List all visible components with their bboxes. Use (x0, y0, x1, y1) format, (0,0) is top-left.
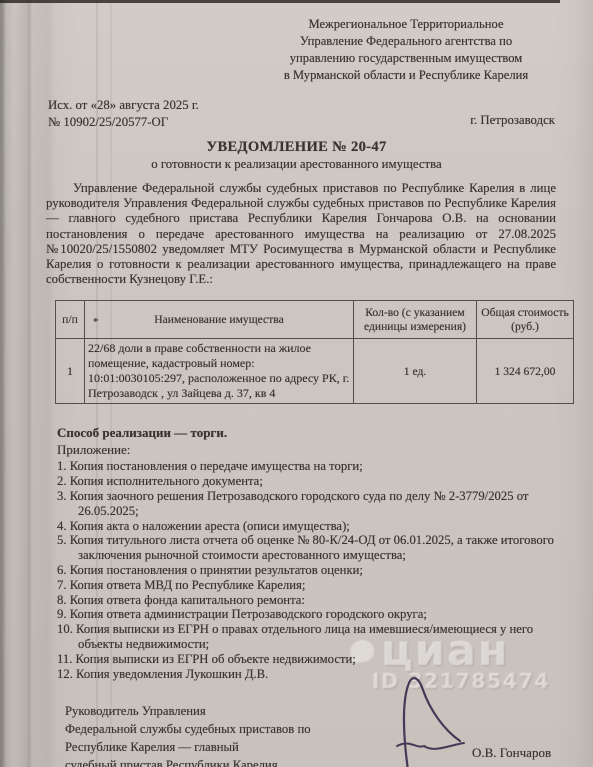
signatory-position-line: Руководитель Управления (65, 702, 311, 720)
col-header-cost: Общая стоимость (руб.) (477, 301, 574, 339)
signatory-position: Руководитель Управления Федеральной служ… (65, 702, 311, 767)
document-subtitle: о готовности к реализации арестованного … (0, 157, 593, 172)
attachment-item: 3. Копия заочного решения Петрозаводског… (57, 489, 567, 519)
table-header-row: п/п * Наименование имущества Кол-во (с у… (56, 301, 574, 339)
letterhead-line: Управление Федерального агентства по (255, 33, 557, 50)
attachment-item: 12. Копия уведомления Лукошкин Д.В. (57, 667, 567, 682)
letterhead: Межрегиональное Территориальное Управлен… (255, 16, 557, 84)
asterisk-note: * (93, 316, 99, 328)
cell-cost: 1 324 672,00 (477, 339, 574, 404)
outgoing-number: № 10902/25/20577-ОГ (48, 114, 199, 131)
signatory-position-line: судебный пристав Республики Карелия (65, 756, 311, 767)
document-title: УВЕДОМЛЕНИЕ № 20-47 (0, 139, 593, 156)
attachment-item: 10. Копия выписки из ЕГРН о правах отдел… (57, 622, 567, 652)
col-header-name: * Наименование имущества (85, 301, 354, 339)
signatory-position-line: Федеральной службы судебных приставов по (65, 720, 311, 738)
letterhead-line: управлению государственным имуществом (255, 50, 557, 67)
property-table: п/п * Наименование имущества Кол-во (с у… (55, 300, 574, 404)
attachment-item: 2. Копия исполнительного документа; (57, 474, 567, 489)
handwritten-signature (392, 670, 476, 767)
reference-row: Исх. от «28» августа 2025 г. № 10902/25/… (48, 97, 555, 130)
col-header-name-label: Наименование имущества (154, 313, 284, 326)
attachment-item: 6. Копия постановления о принятии резуль… (57, 563, 567, 578)
scan-top-edge-artifact (0, 0, 560, 3)
col-header-qty: Кол-во (с указанием единицы измерения) (354, 301, 477, 339)
attachment-item: 8. Копия ответа фонда капитального ремон… (57, 593, 567, 608)
attachments-label: Приложение: (57, 442, 563, 458)
signatory-position-line: Республике Карелия — главный (65, 738, 311, 756)
body-paragraph: Управление Федеральной службы судебных п… (46, 181, 556, 287)
attachment-item: 1. Копия постановления о передаче имущес… (57, 459, 567, 474)
cell-row-number: 1 (56, 339, 85, 404)
attachment-item: 4. Копия акта о наложении ареста (описи … (57, 519, 567, 534)
letterhead-line: Межрегиональное Территориальное (255, 16, 557, 33)
signatory-name: О.В. Гончаров (472, 745, 551, 761)
attachment-item: 5. Копия титульного листа отчета об оцен… (57, 533, 567, 563)
city-label: г. Петрозаводск (470, 113, 555, 130)
cell-quantity: 1 ед. (354, 339, 477, 404)
letterhead-line: в Мурманской области и Республике Карели… (255, 67, 557, 84)
attachments-list: 1. Копия постановления о передаче имущес… (57, 459, 567, 681)
attachment-item: 11. Копия выписки из ЕГРН об объекте нед… (57, 652, 567, 667)
outgoing-date: Исх. от «28» августа 2025 г. (48, 97, 199, 114)
attachment-item: 7. Копия ответа МВД по Республике Карели… (57, 578, 567, 593)
scanned-document-page: циан ID 321785474 Межрегиональное Террит… (0, 0, 593, 767)
table-row: 1 22/68 доли в праве собственности на жи… (56, 339, 574, 404)
sale-method-line: Способ реализации — торги. (57, 425, 563, 441)
document-content: Межрегиональное Территориальное Управлен… (0, 16, 593, 681)
col-header-num: п/п (56, 301, 85, 339)
cell-property-name: 22/68 доли в праве собственности на жило… (85, 339, 354, 404)
attachment-item: 9. Копия ответа администрации Петрозавод… (57, 607, 567, 622)
